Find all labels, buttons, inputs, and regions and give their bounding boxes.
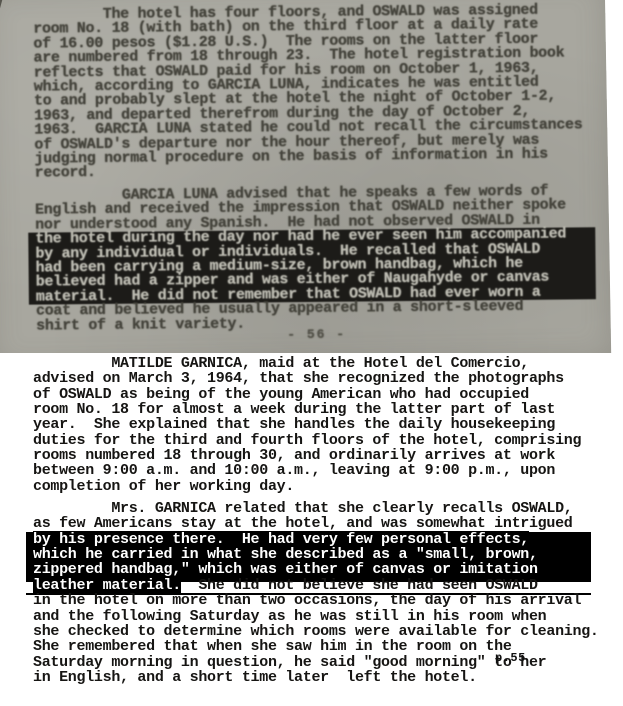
text-line: in the hotel on more than two occasions,…	[26, 593, 591, 608]
text-line: completion of her working day.	[33, 479, 584, 494]
text-line: Mrs. GARNICA related that she clearly re…	[33, 501, 584, 516]
highlighted-text-line: by his presence there. He had very few p…	[26, 532, 591, 547]
text-line: and the following Saturday as he was sti…	[33, 609, 584, 624]
text-line: advised on March 3, 1964, that she recog…	[33, 371, 584, 386]
text-segment: completion of her working day.	[33, 478, 294, 495]
typed-page-text-block: MATILDE GARNICA, maid at the Hotel del C…	[33, 356, 591, 685]
text-line: in English, and a short time later left …	[33, 670, 584, 685]
text-line: duties for the third and fourth floors o…	[33, 433, 584, 448]
scanned-page-top: The hotel has four floors, and OSWALD wa…	[0, 0, 623, 353]
text-line: as few Americans stay at the hotel, and …	[33, 516, 584, 531]
highlighted-text-line: zippered handbag," which was either of c…	[26, 562, 591, 577]
scan-artifact-mark	[0, 0, 6, 16]
page-label: p.55	[495, 651, 526, 665]
text-line: room No. 18 for almost a week during the…	[33, 402, 584, 417]
highlighted-text-line: leather material. She did not believe sh…	[26, 578, 591, 593]
text-segment: in English, and a short time later left …	[33, 669, 477, 686]
text-segment: as few Americans stay at the hotel, and …	[33, 515, 573, 532]
text-line: she checked to determine which rooms wer…	[33, 624, 584, 639]
text-line: MATILDE GARNICA, maid at the Hotel del C…	[33, 356, 584, 371]
document-screenshot: The hotel has four floors, and OSWALD wa…	[0, 0, 623, 706]
text-line: of OSWALD as being of the young American…	[33, 387, 584, 402]
text-line: year. She explained that she handles the…	[33, 417, 584, 432]
page-number: - 56 -	[39, 325, 595, 345]
text-segment: record.	[35, 164, 96, 182]
text-line: between 9:00 a.m. and 10:00 a.m., leavin…	[33, 463, 584, 478]
scan-text-block: The hotel has four floors, and OSWALD wa…	[33, 3, 596, 333]
scan-pagenum-row: - 56 -	[38, 312, 594, 345]
highlighted-text-line: which he carried in what she described a…	[26, 547, 591, 562]
photocopy-paper: The hotel has four floors, and OSWALD wa…	[0, 0, 611, 353]
text-line: rooms numbered 18 through 30, and ordina…	[33, 448, 584, 463]
